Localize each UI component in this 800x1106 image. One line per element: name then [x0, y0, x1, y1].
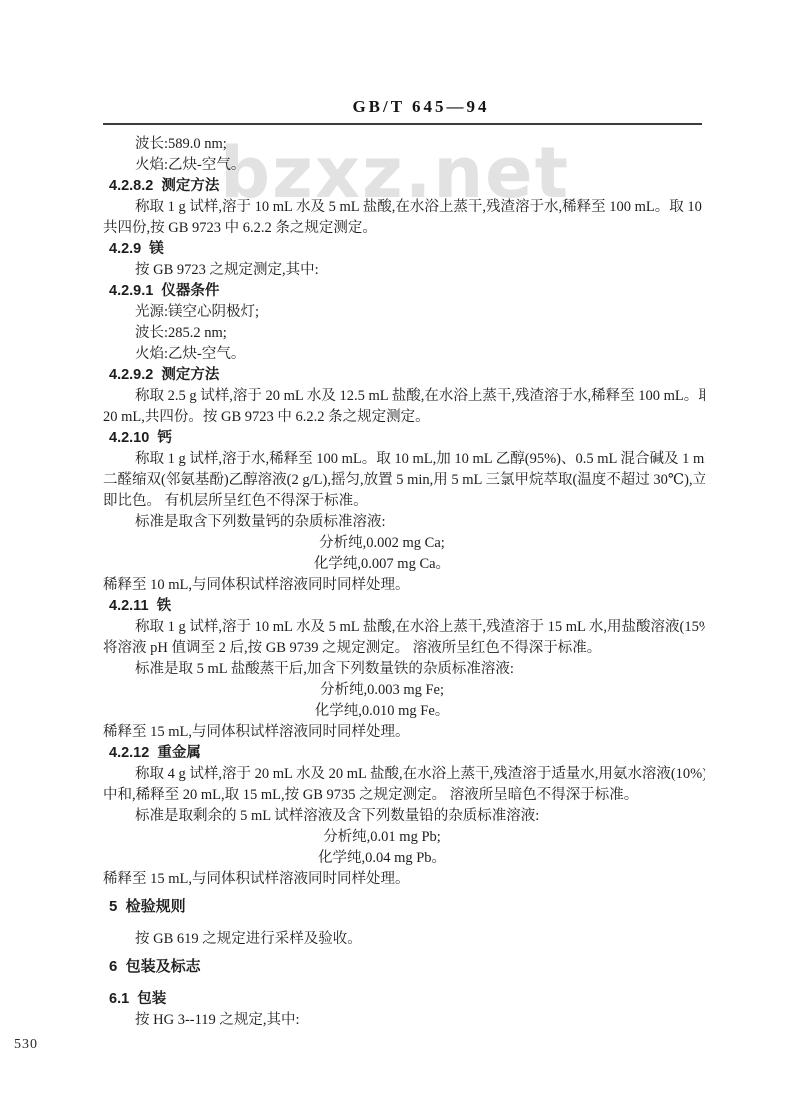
clause-heading: 4.2.9.2 测定方法: [103, 365, 705, 386]
clause-heading: 4.2.8.2 测定方法: [103, 176, 705, 197]
body-line: 按 GB 9723 之规定测定,其中:: [103, 260, 705, 281]
body-line: 即比色。 有机层所呈红色不得深于标准。: [103, 491, 705, 512]
standard-solution-line: 分析纯,0.01 mg Pb;: [103, 827, 705, 848]
body-line: 稀释至 15 mL,与同体积试样溶液同时同样处理。: [103, 722, 705, 743]
body-line: 标准是取剩余的 5 mL 试样溶液及含下列数量铅的杂质标准溶液:: [103, 806, 705, 827]
body-line: 波长:589.0 nm;: [103, 134, 705, 155]
standard-solution-line: 化学纯,0.04 mg Pb。: [103, 848, 705, 869]
body-line: 20 mL,共四份。按 GB 9723 中 6.2.2 条之规定测定。: [103, 407, 705, 428]
clause-heading: 4.2.12 重金属: [103, 743, 705, 764]
body-line: 稀释至 15 mL,与同体积试样溶液同时同样处理。: [103, 869, 705, 890]
body-line: 中和,稀释至 20 mL,取 15 mL,按 GB 9735 之规定测定。 溶液…: [103, 785, 705, 806]
body-line: 按 GB 619 之规定进行采样及验收。: [103, 929, 705, 950]
clause-heading: 4.2.10 钙: [103, 428, 705, 449]
document-content: GB/T 645—94 波长:589.0 nm;火焰:乙炔-空气。4.2.8.2…: [0, 0, 800, 1053]
standard-solution-line: 分析纯,0.002 mg Ca;: [103, 533, 705, 554]
document-body: 波长:589.0 nm;火焰:乙炔-空气。4.2.8.2 测定方法称取 1 g …: [103, 134, 705, 1031]
clause-heading: 4.2.9.1 仪器条件: [103, 281, 705, 302]
body-line: 二醛缩双(邻氨基酚)乙醇溶液(2 g/L),摇匀,放置 5 min,用 5 mL…: [103, 470, 705, 491]
body-line: 稀释至 10 mL,与同体积试样溶液同时同样处理。: [103, 575, 705, 596]
body-line: 火焰:乙炔-空气。: [103, 344, 705, 365]
body-line: 光源:镁空心阴极灯;: [103, 302, 705, 323]
body-line: 称取 1 g 试样,溶于 10 mL 水及 5 mL 盐酸,在水浴上蒸干,残渣溶…: [103, 197, 705, 218]
chapter-heading: 5 检验规则: [103, 896, 705, 917]
standard-solution-line: 化学纯,0.007 mg Ca。: [103, 554, 705, 575]
clause-heading: 4.2.9 镁: [103, 239, 705, 260]
standard-number-header: GB/T 645—94: [0, 0, 800, 117]
body-line: 称取 1 g 试样,溶于水,稀释至 100 mL。取 10 mL,加 10 mL…: [103, 449, 705, 470]
body-line: 火焰:乙炔-空气。: [103, 155, 705, 176]
body-line: 标准是取 5 mL 盐酸蒸干后,加含下列数量铁的杂质标准溶液:: [103, 659, 705, 680]
header-rule: [103, 123, 702, 125]
page-number: 530: [14, 1037, 800, 1053]
body-line: 称取 4 g 试样,溶于 20 mL 水及 20 mL 盐酸,在水浴上蒸干,残渣…: [103, 764, 705, 785]
body-line: 称取 1 g 试样,溶于 10 mL 水及 5 mL 盐酸,在水浴上蒸干,残渣溶…: [103, 617, 705, 638]
body-line: 按 HG 3--119 之规定,其中:: [103, 1010, 705, 1031]
body-line: 标准是取含下列数量钙的杂质标准溶液:: [103, 512, 705, 533]
standard-solution-line: 化学纯,0.010 mg Fe。: [103, 701, 705, 722]
chapter-heading: 6 包装及标志: [103, 956, 705, 977]
body-line: 波长:285.2 nm;: [103, 323, 705, 344]
body-line: 共四份,按 GB 9723 中 6.2.2 条之规定测定。: [103, 218, 705, 239]
clause-heading: 4.2.11 铁: [103, 596, 705, 617]
clause-heading: 6.1 包装: [103, 989, 705, 1010]
document-page: bzxz.net GB/T 645—94 波长:589.0 nm;火焰:乙炔-空…: [0, 0, 800, 1106]
body-line: 将溶液 pH 值调至 2 后,按 GB 9739 之规定测定。 溶液所呈红色不得…: [103, 638, 705, 659]
body-line: 称取 2.5 g 试样,溶于 20 mL 水及 12.5 mL 盐酸,在水浴上蒸…: [103, 386, 705, 407]
standard-solution-line: 分析纯,0.003 mg Fe;: [103, 680, 705, 701]
